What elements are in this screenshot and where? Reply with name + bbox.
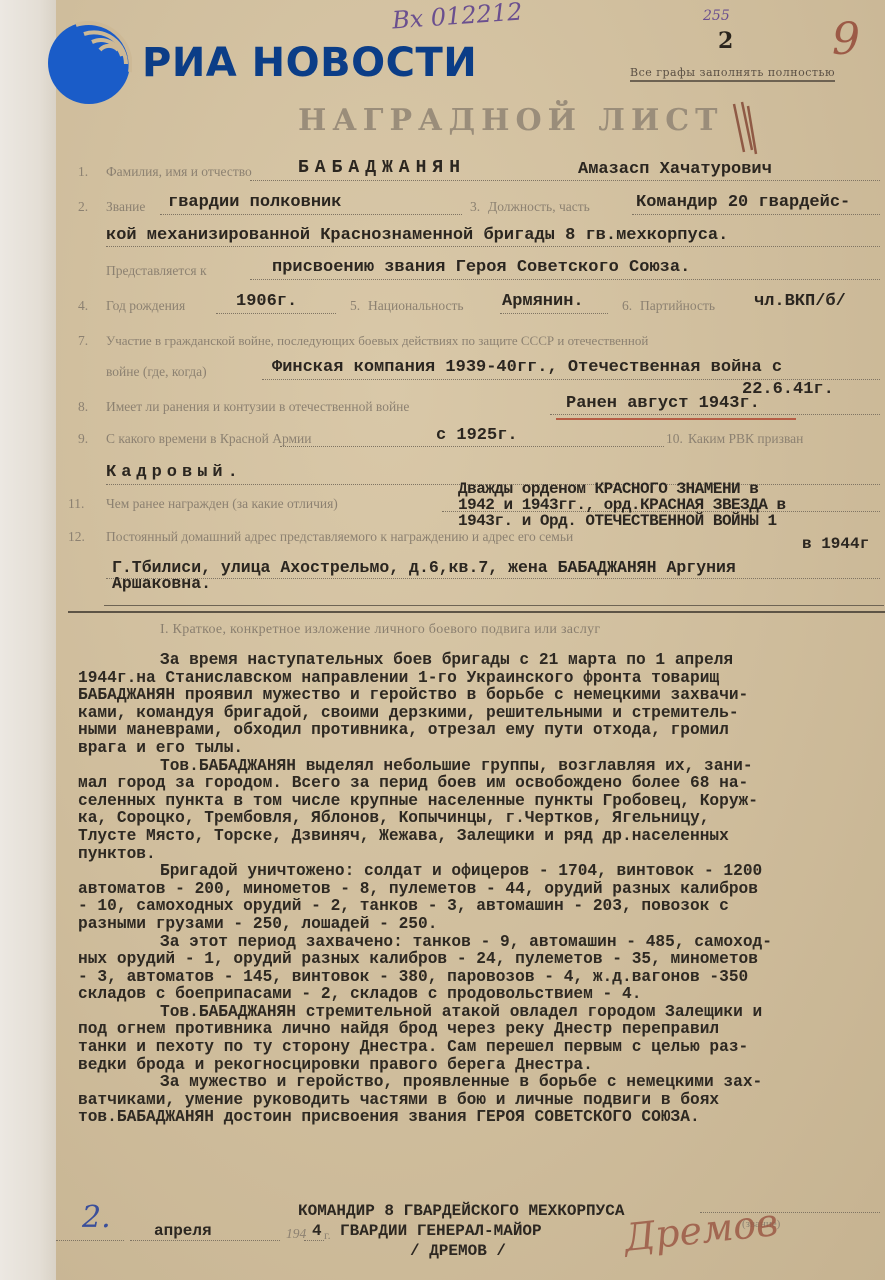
field-1-line: [250, 180, 880, 181]
field-2-label: Звание: [106, 199, 145, 215]
section-heading: I. Краткое, конкретное изложение личного…: [160, 622, 600, 638]
field-1-surname: БАБАДЖАНЯН: [298, 158, 466, 178]
document-title: НАГРАДНОЙ ЛИСТ: [298, 103, 724, 138]
narrative-line: складов с боеприпасами - 2, складов с пр…: [78, 986, 883, 1004]
field-2-line: [160, 214, 462, 215]
narrative-line: разными грузами - 250, лошадей - 250.: [78, 916, 883, 934]
section-thin-rule: [104, 605, 884, 606]
narrative-line: За мужество и геройство, проявленные в б…: [78, 1074, 883, 1092]
signer-name: / ДРЕМОВ /: [410, 1242, 506, 1260]
field-5-num: 5.: [350, 298, 360, 314]
field-7-num: 7.: [78, 333, 88, 349]
signature-day-line: [56, 1240, 124, 1241]
narrative-line: автоматов - 200, минометов - 8, пулемето…: [78, 881, 883, 899]
field-12-label: Постоянный домашний адрес представляемог…: [106, 529, 573, 545]
narrative-line: ведки брода и рекогносцировки правого бе…: [78, 1057, 883, 1075]
field-12-line: [106, 578, 880, 579]
narrative-line: БАБАДЖАНЯН проявил мужество и геройство …: [78, 687, 883, 705]
field-12-address-line2: Аршаковна.: [112, 574, 211, 593]
presented-label: Представляется к: [106, 263, 207, 279]
field-6-num: 6.: [622, 298, 632, 314]
section-thick-rule: [68, 611, 885, 613]
field-11-value-line4: в 1944г: [802, 535, 869, 553]
narrative-line: тов.БАБАДЖАНЯН достоин присвоения звания…: [78, 1109, 883, 1127]
narrative-line: Тов.БАБАДЖАНЯН стремительной атакой овла…: [78, 1004, 883, 1022]
field-4-label: Год рождения: [106, 298, 185, 314]
ria-globe-logo-icon: [46, 20, 132, 106]
narrative-line: За время наступательных боев бригады с 2…: [78, 652, 883, 670]
narrative-line: Тлусте Място, Торске, Дзвиняч, Жежава, З…: [78, 828, 883, 846]
ria-novosti-brand: РИА НОВОСТИ: [142, 43, 477, 83]
narrative-line: врага и его тылы.: [78, 740, 883, 758]
scan-margin: [0, 0, 56, 1280]
field-8-num: 8.: [78, 399, 88, 415]
signer-position-line1: КОМАНДИР 8 ГВАРДЕЙСКОГО МЕХКОРПУСА: [298, 1202, 624, 1220]
fill-instruction-note: Все графы заполнять полностью: [630, 66, 835, 82]
field-8-wounds: Ранен август 1943г.: [566, 394, 760, 413]
field-4-num: 4.: [78, 298, 88, 314]
presented-line: [250, 279, 880, 280]
field-3-line-2: [106, 246, 880, 247]
narrative-line: ками, командуя бригадой, своими дерзкими…: [78, 705, 883, 723]
stamp-number-small: 255: [703, 8, 730, 24]
signature-day: 2.: [82, 1200, 111, 1235]
field-9-num: 9.: [78, 431, 88, 447]
signature-month-line: [130, 1240, 280, 1241]
field-4-line: [216, 313, 336, 314]
handwritten-check-mark: [730, 100, 770, 160]
field-1-label: Фамилия, имя и отчество: [106, 164, 252, 180]
field-9-label: С какого времени в Красной Армии: [106, 431, 312, 447]
field-8-label: Имеет ли ранения и контузии в отечествен…: [106, 399, 409, 415]
field-7-value-line1: Финская компания 1939-40гг., Отечественн…: [272, 358, 782, 377]
signer-position-line2: ГВАРДИИ ГЕНЕРАЛ-МАЙОР: [340, 1222, 542, 1240]
corner-mark: 9: [832, 14, 860, 65]
field-6-label: Партийность: [640, 298, 715, 314]
narrative-line: 1944г.на Станиславском направлении 1-го …: [78, 670, 883, 688]
narrative-line: мал город за городом. Всего за перид бое…: [78, 775, 883, 793]
narrative-line: селенных пункта в том числе крупные насе…: [78, 793, 883, 811]
field-3-line: [632, 214, 880, 215]
field-11-value-line3: 1943г. и Орд. ОТЕЧЕСТВЕННОЙ ВОЙНЫ 1: [458, 512, 777, 530]
field-5-label: Национальность: [368, 298, 464, 314]
narrative-line: танки и пехоту по ту сторону Днестра. Са…: [78, 1039, 883, 1057]
field-2-rank: гвардии полковник: [168, 193, 341, 212]
narrative-line: пунктов.: [78, 846, 883, 864]
field-10-num: 10.: [666, 431, 683, 447]
field-12-num: 12.: [68, 529, 85, 545]
red-pencil-underline: [556, 418, 796, 420]
field-11-num: 11.: [68, 496, 84, 512]
field-3-position-line1: Командир 20 гвардейс-: [636, 193, 850, 212]
field-10-value: Кадровый.: [106, 463, 243, 482]
field-5-nationality: Армянин.: [502, 292, 584, 311]
field-11-label: Чем ранее награжден (за какие отличия): [106, 496, 338, 512]
merit-narrative: За время наступательных боев бригады с 2…: [78, 652, 883, 1127]
field-8-line: [550, 414, 880, 415]
field-7-label-line2: войне (где, когда): [106, 364, 207, 380]
narrative-line: Тов.БАБАДЖАНЯН выделял небольшие группы,…: [78, 758, 883, 776]
field-3-label: Должность, часть: [488, 199, 590, 215]
field-1-num: 1.: [78, 164, 88, 180]
signature-month: апреля: [154, 1222, 212, 1240]
narrative-line: ными маневрами, обходил противника, отре…: [78, 722, 883, 740]
narrative-line: Бригадой уничтожено: солдат и офицеров -…: [78, 863, 883, 881]
page-number: 2: [718, 28, 733, 54]
signature-year-g: г.: [324, 1228, 331, 1243]
field-3-position-line2: кой механизированной Краснознаменной бри…: [106, 226, 728, 245]
narrative-line: За этот период захвачено: танков - 9, ав…: [78, 934, 883, 952]
field-9-since: с 1925г.: [436, 426, 518, 445]
field-4-birth-year: 1906г.: [236, 292, 297, 311]
narrative-line: под огнем противника лично найдя брод че…: [78, 1021, 883, 1039]
field-3-num: 3.: [470, 199, 480, 215]
field-7-label-line1: Участие в гражданской войне, последующих…: [106, 333, 648, 349]
presented-value: присвоению звания Героя Советского Союза…: [272, 258, 690, 277]
narrative-line: ка, Сороцко, Трембовля, Яблонов, Копычин…: [78, 810, 883, 828]
narrative-line: - 3, автоматов - 145, винтовок - 380, па…: [78, 969, 883, 987]
field-10-label: Каким РВК призван: [688, 431, 803, 447]
field-1-given-names: Амазасп Хачатурович: [578, 160, 772, 179]
signature-year-line: [304, 1240, 324, 1241]
field-2-num: 2.: [78, 199, 88, 215]
field-5-line: [500, 313, 608, 314]
field-9-line: [280, 446, 664, 447]
field-6-party: чл.ВКП/б/: [754, 292, 846, 311]
narrative-line: - 10, самоходных орудий - 2, танков - 3,…: [78, 898, 883, 916]
narrative-line: ных орудий - 1, орудий разных калибров -…: [78, 951, 883, 969]
narrative-line: ватчиками, умение руководить частями в б…: [78, 1092, 883, 1110]
signature-year-suffix: 4: [312, 1222, 322, 1240]
